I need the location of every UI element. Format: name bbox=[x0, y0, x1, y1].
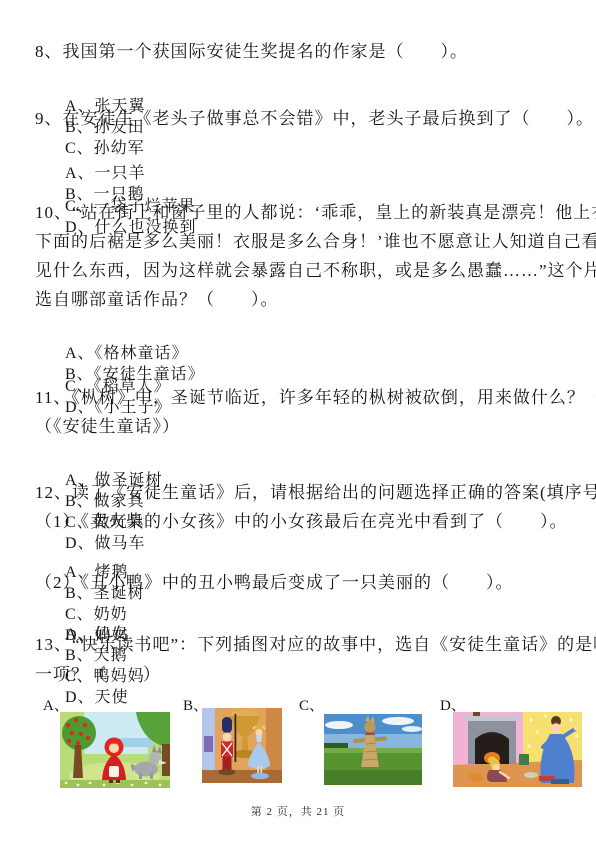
question-8-stem: 8、我国第一个获国际安徒生奖提名的作家是（ ）。 bbox=[35, 41, 468, 62]
question-9-stem: 9、在安徒生《老头子做事总不会错》中，老头子最后换到了（ ）。 bbox=[35, 108, 594, 129]
scarecrow-in-field-photo bbox=[324, 714, 422, 785]
cinderella-by-fireplace-illustration bbox=[453, 712, 582, 787]
question-13-stem-line1: 13、“快乐读书吧”：下列插图对应的故事中，选自《安徒生童话》的是哪 bbox=[35, 634, 596, 655]
question-13-stem-line2: 一项？（ ） bbox=[35, 664, 161, 685]
page-footer: 第 2 页，共 21 页 bbox=[0, 803, 596, 819]
question-12-sub1-stem: （1）《卖火柴的小女孩》中的小女孩最后在亮光中看到了（ ）。 bbox=[35, 511, 568, 532]
question-10-stem-line2: 下面的后裾是多么美丽！衣服是多么合身！’谁也不愿意让人知道自己看不 bbox=[35, 231, 596, 252]
little-red-riding-hood-illustration bbox=[60, 712, 170, 788]
option-d: D、天使 bbox=[65, 687, 129, 708]
question-10-stem-line3: 见什么东西，因为这样就会暴露自己不称职，或是多么愚蠢……”这个片段 bbox=[35, 260, 596, 281]
question-11-stem-line1: 11、《枞树》中，圣诞节临近，许多年轻的枞树被砍倒，用来做什么？（ ） bbox=[35, 387, 596, 408]
image-option-label-c: C、 bbox=[299, 694, 324, 715]
question-12-sub2-stem: （2）《丑小鸭》中的丑小鸭最后变成了一只美丽的（ ）。 bbox=[35, 572, 514, 593]
question-10-stem-line1: 10、“站在街上和窗子里的人都说：‘乖乖，皇上的新装真是漂亮！他上衣 bbox=[35, 202, 596, 223]
question-12-stem: 12、读了《安徒生童话》后，请根据给出的问题选择正确的答案(填序号)。 bbox=[35, 482, 596, 503]
question-11-stem-line2: （《安徒生童话》） bbox=[35, 416, 180, 437]
tin-soldier-and-ballerina-illustration bbox=[202, 708, 282, 783]
question-10-stem-line4: 选自哪部童话作品？（ ）。 bbox=[35, 289, 279, 310]
exam-page: 8、我国第一个获国际安徒生奖提名的作家是（ ）。 A、张天翼 B、孙友田 C、孙… bbox=[0, 0, 596, 842]
